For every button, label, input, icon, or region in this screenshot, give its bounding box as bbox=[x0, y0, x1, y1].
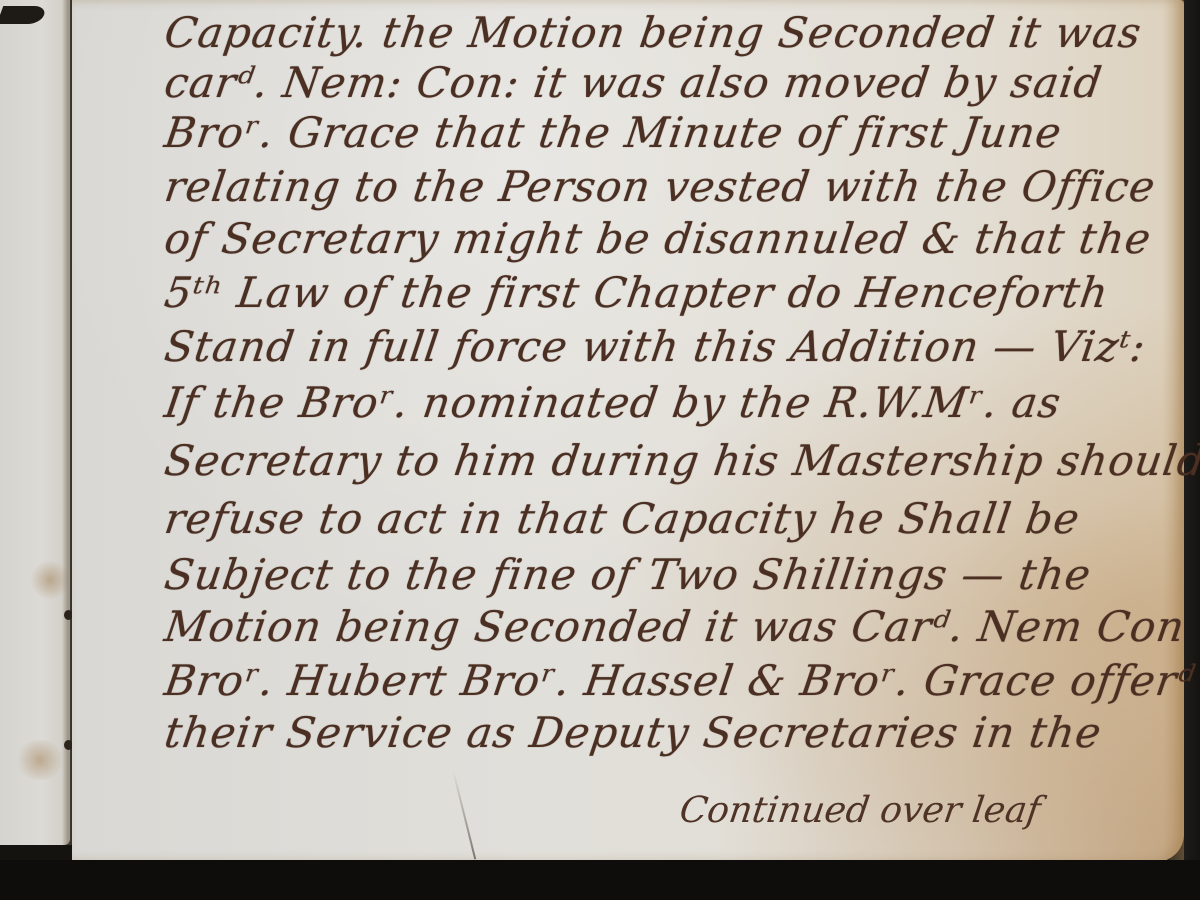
foxing-stain bbox=[15, 740, 65, 780]
manuscript-line: their Service as Deputy Secretaries in t… bbox=[162, 708, 1105, 757]
manuscript-line: refuse to act in that Capacity he Shall … bbox=[162, 494, 1084, 543]
catchword-continued-over-leaf: Continued over leaf bbox=[677, 790, 1043, 831]
manuscript-line: Capacity. the Motion being Seconded it w… bbox=[162, 8, 1145, 57]
manuscript-line: If the Broʳ. nominated by the R.W.Mʳ. as bbox=[162, 378, 1065, 427]
manuscript-line: Subject to the fine of Two Shillings — t… bbox=[162, 550, 1095, 599]
manuscript-line: Broʳ. Hubert Broʳ. Hassel & Broʳ. Grace … bbox=[162, 656, 1199, 705]
page-edge-stain bbox=[1162, 0, 1184, 862]
manuscript-line: carᵈ. Nem: Con: it was also moved by sai… bbox=[162, 58, 1106, 107]
manuscript-line: of Secretary might be disannuled & that … bbox=[162, 214, 1155, 263]
manuscript-line: Broʳ. Grace that the Minute of first Jun… bbox=[162, 108, 1066, 157]
manuscript-photo: Capacity. the Motion being Seconded it w… bbox=[0, 0, 1200, 900]
manuscript-line: Secretary to him during his Mastership s… bbox=[162, 436, 1200, 485]
manuscript-line: 5ᵗʰ Law of the first Chapter do Hencefor… bbox=[162, 268, 1112, 317]
ink-mark bbox=[0, 6, 47, 24]
manuscript-line: Stand in full force with this Addition —… bbox=[162, 322, 1150, 371]
manuscript-line: Motion being Seconded it was Carᵈ. Nem C… bbox=[162, 602, 1189, 651]
page-crease bbox=[452, 770, 476, 860]
manuscript-line: relating to the Person vested with the O… bbox=[162, 162, 1159, 211]
dark-background-bottom bbox=[0, 860, 1200, 900]
facing-page bbox=[0, 0, 70, 845]
